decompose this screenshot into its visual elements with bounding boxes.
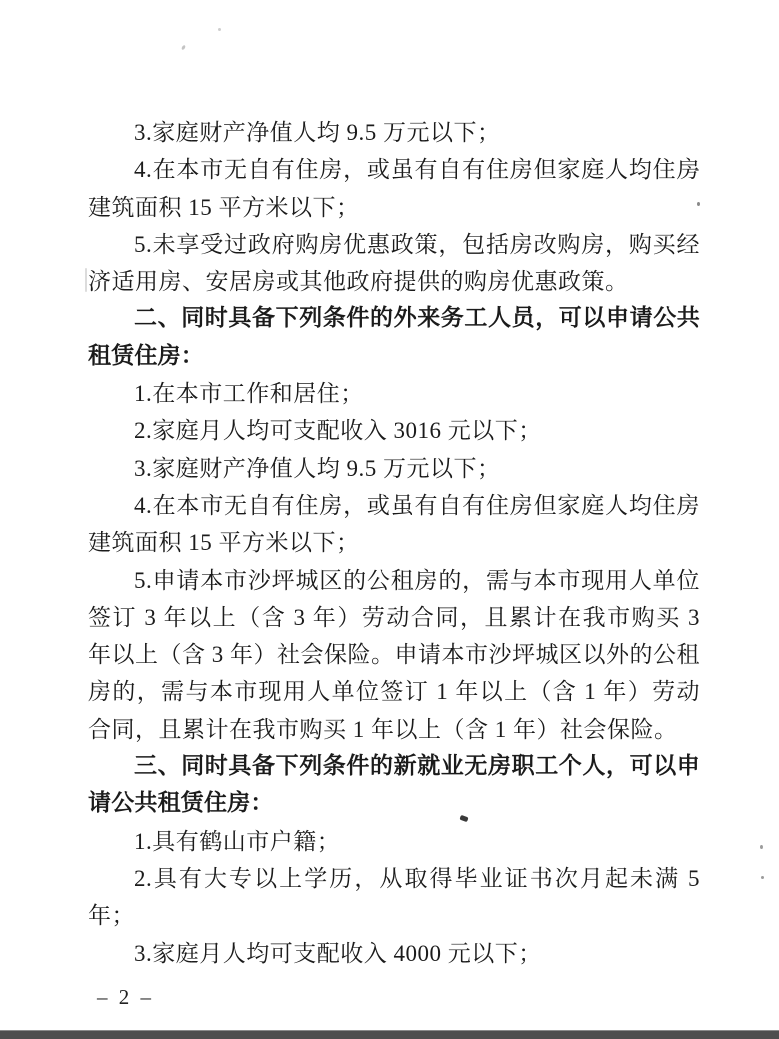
list-item: 1.具有鹤山市户籍； xyxy=(88,823,700,860)
list-item: 4.在本市无自有住房，或虽有自有住房但家庭人均住房建筑面积 15 平方米以下； xyxy=(88,487,700,562)
list-item: 2.家庭月人均可支配收入 3016 元以下； xyxy=(88,412,700,449)
document-page: 3.家庭财产净值人均 9.5 万元以下；4.在本市无自有住房，或虽有自有住房但家… xyxy=(0,0,779,1039)
list-item: 5.未享受过政府购房优惠政策，包括房改购房，购买经济适用房、安居房或其他政府提供… xyxy=(88,226,700,301)
page-number: – 2 – xyxy=(97,985,154,1010)
scan-speck xyxy=(760,845,763,849)
list-item: 3.家庭月人均可支配收入 4000 元以下； xyxy=(88,935,700,972)
document-body: 3.家庭财产净值人均 9.5 万元以下；4.在本市无自有住房，或虽有自有住房但家… xyxy=(88,114,700,972)
list-item: 5.申请本市沙坪城区的公租房的，需与本市现用人单位签订 3 年以上（含 3 年）… xyxy=(88,562,700,748)
list-item: 3.家庭财产净值人均 9.5 万元以下； xyxy=(88,114,700,151)
list-item: 4.在本市无自有住房，或虽有自有住房但家庭人均住房建筑面积 15 平方米以下； xyxy=(88,151,700,226)
scan-speck xyxy=(761,876,764,879)
list-item: 2.具有大专以上学历，从取得毕业证书次月起未满 5 年； xyxy=(88,860,700,935)
scan-speck xyxy=(218,28,221,31)
list-item: 1.在本市工作和居住； xyxy=(88,375,700,412)
scan-speck xyxy=(695,169,699,171)
list-item: 3.家庭财产净值人均 9.5 万元以下； xyxy=(88,450,700,487)
scanned-document-page: { "page": { "number_label": "– 2 –", "ba… xyxy=(0,0,779,1039)
section-heading: 三、同时具备下列条件的新就业无房职工个人，可以申请公共租赁住房： xyxy=(88,748,700,823)
scan-speck xyxy=(697,202,700,206)
scan-speck xyxy=(181,45,186,51)
scan-edge-artifact xyxy=(0,1030,779,1039)
scan-smudge xyxy=(85,268,87,292)
section-heading: 二、同时具备下列条件的外来务工人员，可以申请公共租赁住房： xyxy=(88,300,700,375)
